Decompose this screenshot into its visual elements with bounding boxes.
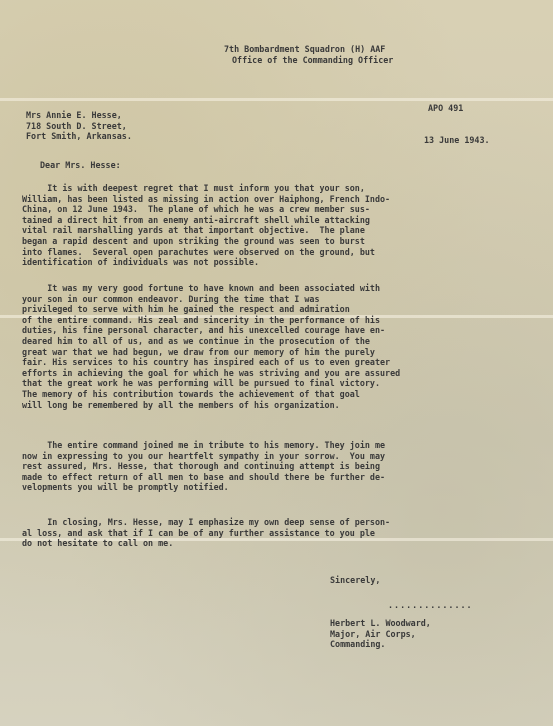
text-line: It is with deepest regret that I must in…	[22, 183, 532, 194]
recipient-name: Mrs Annie E. Hesse,	[26, 110, 132, 121]
signature-line: ..............	[388, 600, 473, 611]
text-line: In closing, Mrs. Hesse, may I emphasize …	[22, 517, 532, 528]
text-line: identification of individuals was not po…	[22, 257, 532, 268]
signer-title: Commanding.	[330, 639, 431, 650]
signature-block: Herbert L. Woodward, Major, Air Corps, C…	[330, 618, 431, 650]
recipient-street: 718 South D. Street,	[26, 121, 132, 132]
paragraph-4: In closing, Mrs. Hesse, may I emphasize …	[22, 517, 532, 549]
text-line: velopments you will be promptly notified…	[22, 482, 532, 493]
text-line: privileged to serve with him he gained t…	[22, 304, 532, 315]
letterhead-office: Office of the Commanding Officer	[224, 55, 393, 66]
paragraph-3: The entire command joined me in tribute …	[22, 440, 532, 493]
text-line: The entire command joined me in tribute …	[22, 440, 532, 451]
text-line: It was my very good fortune to have know…	[22, 283, 532, 294]
recipient-city: Fort Smith, Arkansas.	[26, 131, 132, 142]
salutation: Dear Mrs. Hesse:	[40, 160, 121, 171]
text-line: into flames. Several open parachutes wer…	[22, 247, 532, 258]
signer-name: Herbert L. Woodward,	[330, 618, 431, 629]
letterhead: 7th Bombardment Squadron (H) AAF Office …	[224, 44, 393, 65]
text-line: began a rapid descent and upon striking …	[22, 236, 532, 247]
letter-page: 7th Bombardment Squadron (H) AAF Office …	[0, 0, 553, 726]
text-line: great war that we had begun, we draw fro…	[22, 347, 532, 358]
text-line: duties, his fine personal character, and…	[22, 325, 532, 336]
signer-rank: Major, Air Corps,	[330, 629, 431, 640]
text-line: do not hesitate to call on me.	[22, 538, 532, 549]
paragraph-2: It was my very good fortune to have know…	[22, 283, 532, 410]
text-line: tained a direct hit from an enemy anti-a…	[22, 215, 532, 226]
dateline: APO 491 13 June 1943.	[424, 82, 490, 167]
text-line: China, on 12 June 1943. The plane of whi…	[22, 204, 532, 215]
closing: Sincerely,	[330, 575, 380, 586]
text-line: fair. His services to his country has in…	[22, 357, 532, 368]
text-line: al loss, and ask that if I can be of any…	[22, 528, 532, 539]
text-line: of the entire command. His zeal and sinc…	[22, 315, 532, 326]
letterhead-unit: 7th Bombardment Squadron (H) AAF	[224, 44, 393, 55]
text-line: made to effect return of all men to base…	[22, 472, 532, 483]
text-line: The memory of his contribution towards t…	[22, 389, 532, 400]
text-line: deared him to all of us, and as we conti…	[22, 336, 532, 347]
apo: APO 491	[424, 103, 490, 114]
text-line: your son in our common endeavor. During …	[22, 294, 532, 305]
paragraph-1: It is with deepest regret that I must in…	[22, 183, 532, 268]
text-line: that the great work he was performing wi…	[22, 378, 532, 389]
text-line: now in expressing to you our heartfelt s…	[22, 451, 532, 462]
text-line: will long be remembered by all the membe…	[22, 400, 532, 411]
text-line: rest assured, Mrs. Hesse, that thorough …	[22, 461, 532, 472]
text-line: William, has been listed as missing in a…	[22, 194, 532, 205]
recipient-address: Mrs Annie E. Hesse, 718 South D. Street,…	[26, 110, 132, 142]
letter-date: 13 June 1943.	[424, 135, 490, 146]
text-line: efforts in achieving the goal for which …	[22, 368, 532, 379]
text-line: vital rail marshalling yards at that imp…	[22, 225, 532, 236]
